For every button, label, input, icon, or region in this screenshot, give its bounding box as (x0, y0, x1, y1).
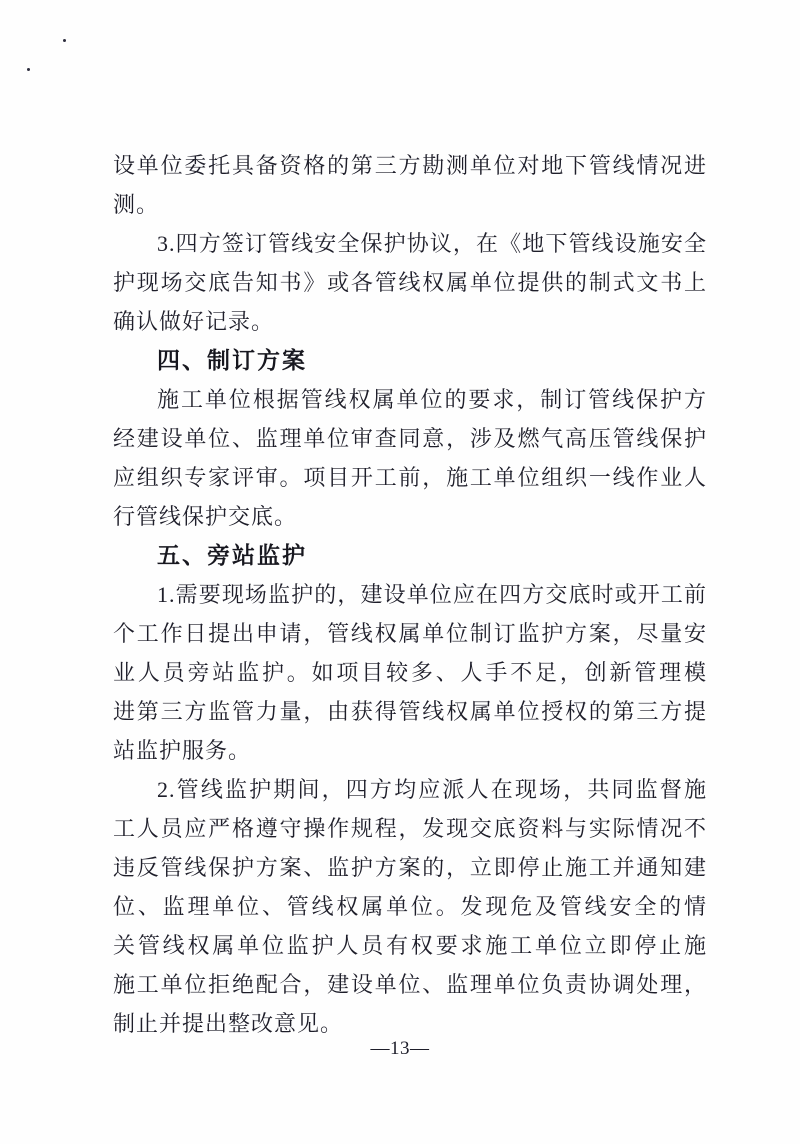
text-line: 站监护服务。 (113, 731, 707, 770)
scan-speck (63, 39, 66, 42)
document-page: 设单位委托具备资格的第三方勘测单位对地下管线情况进行勘测。3.四方签订管线安全保… (0, 0, 800, 1144)
text-line: 进第三方监管力量，由获得管线权属单位授权的第三方提供旁 (113, 692, 707, 731)
section-heading: 五、旁站监护 (113, 536, 707, 575)
text-line: 业人员旁站监护。如项目较多、人手不足，创新管理模式，引 (113, 653, 707, 692)
paragraph: 施工单位根据管线权属单位的要求，制订管线保护方案，经建设单位、监理单位审查同意，… (113, 380, 707, 536)
text-line: 测。 (113, 185, 707, 224)
document-body: 设单位委托具备资格的第三方勘测单位对地下管线情况进行勘测。3.四方签订管线安全保… (113, 146, 707, 1043)
scan-speck (27, 68, 30, 71)
text-line: 确认做好记录。 (113, 302, 707, 341)
text-line: 1.需要现场监护的，建设单位应在四方交底时或开工前 3 (113, 575, 707, 614)
paragraph: 3.四方签订管线安全保护协议，在《地下管线设施安全保护现场交底告知书》或各管线权… (113, 224, 707, 341)
text-line: 违反管线保护方案、监护方案的，立即停止施工并通知建设单 (113, 848, 707, 887)
paragraph: 设单位委托具备资格的第三方勘测单位对地下管线情况进行勘测。 (113, 146, 707, 224)
text-line: 3.四方签订管线安全保护协议，在《地下管线设施安全保 (113, 224, 707, 263)
text-line: 应组织专家评审。项目开工前，施工单位组织一线作业人员进 (113, 458, 707, 497)
text-line: 工人员应严格遵守操作规程，发现交底资料与实际情况不符或 (113, 809, 707, 848)
text-line: 五、旁站监护 (113, 536, 707, 575)
text-line: 位、监理单位、管线权属单位。发现危及管线安全的情形，相 (113, 887, 707, 926)
text-line: 关管线权属单位监护人员有权要求施工单位立即停止施工，如 (113, 926, 707, 965)
page-number: —13— (0, 1038, 800, 1060)
text-line: 施工单位拒绝配合，建设单位、监理单位负责协调处理，及时 (113, 965, 707, 1004)
section-heading: 四、制订方案 (113, 341, 707, 380)
text-line: 2.管线监护期间，四方均应派人在现场，共同监督施工。施 (113, 770, 707, 809)
text-line: 护现场交底告知书》或各管线权属单位提供的制式文书上签字 (113, 263, 707, 302)
text-line: 行管线保护交底。 (113, 497, 707, 536)
text-line: 经建设单位、监理单位审查同意，涉及燃气高压管线保护方案 (113, 419, 707, 458)
text-line: 设单位委托具备资格的第三方勘测单位对地下管线情况进行勘 (113, 146, 707, 185)
text-line: 施工单位根据管线权属单位的要求，制订管线保护方案， (113, 380, 707, 419)
paragraph: 2.管线监护期间，四方均应派人在现场，共同监督施工。施工人员应严格遵守操作规程，… (113, 770, 707, 1043)
paragraph: 1.需要现场监护的，建设单位应在四方交底时或开工前 3个工作日提出申请，管线权属… (113, 575, 707, 770)
text-line: 个工作日提出申请，管线权属单位制订监护方案，尽量安排专 (113, 614, 707, 653)
text-line: 四、制订方案 (113, 341, 707, 380)
